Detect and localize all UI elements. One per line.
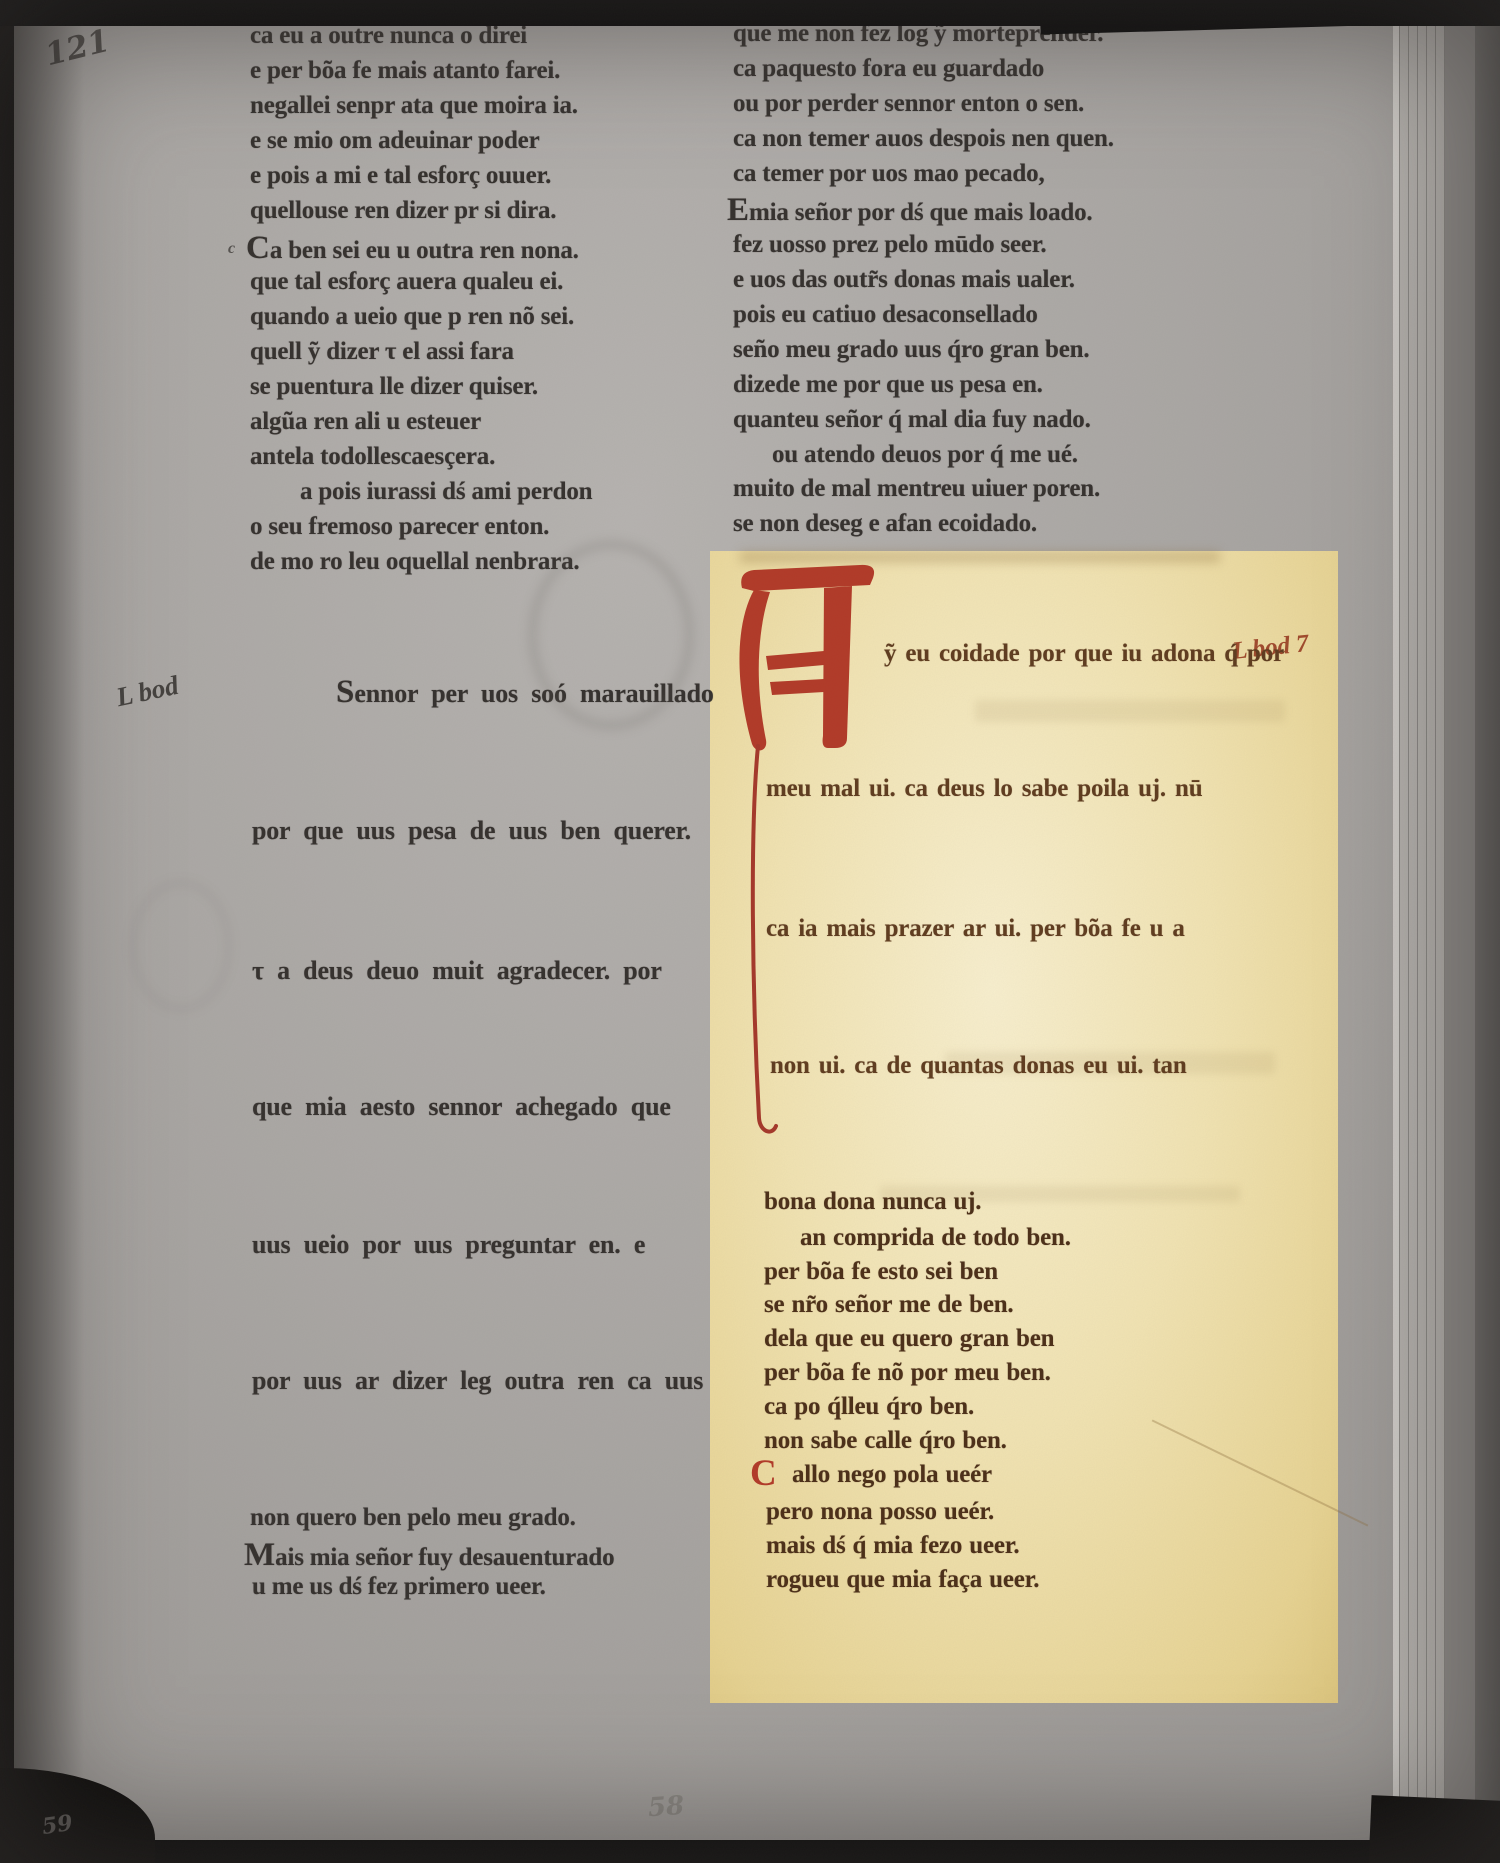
left-column-line: quando a ueio que p ren nõ sei. — [250, 303, 574, 331]
manuscript-folio: 121 o ca eu a outre nunca o direi e per … — [0, 0, 1500, 1863]
overlay-stanza-line: bona dona nunca uj. — [764, 1188, 981, 1216]
right-column-line: ca paquesto fora eu guardado — [733, 55, 1044, 83]
left-column-line: a pois iurassi dś ami perdon — [300, 478, 592, 506]
rubric-initial-a-icon — [728, 558, 898, 1178]
left-column-spaced-line: por uus ar dizer leg outra ren ca uus — [252, 1366, 703, 1396]
right-column-line: muito de mal mentreu uiuer poren. — [733, 475, 1100, 503]
right-column-line: pois eu catiuo desaconsellado — [733, 301, 1038, 329]
ring-stain — [130, 880, 232, 1012]
right-column-line: Emia señor por dś que mais loado. — [727, 192, 1092, 229]
overlay-music-line: meu mal ui. ca deus lo sabe poila uj. nū — [766, 775, 1202, 803]
left-column-line: antela todollescaesçera. — [250, 443, 495, 471]
overlay-stanza-line: per bõa fe esto sei ben — [764, 1258, 998, 1286]
overlay-refrain-line: mais dś q́ mia fezo ueer. — [766, 1532, 1019, 1560]
ring-stain — [528, 540, 694, 730]
overlay-music-line: ỹ eu coidade por que iu adona q́ por — [884, 640, 1284, 668]
bottom-left-mark: 59 — [40, 1810, 74, 1840]
left-column-line: se puentura lle dizer quiser. — [250, 373, 538, 401]
rubric-initial-c: C — [750, 1452, 777, 1495]
right-column-line: se non deseg e afan ecoidado. — [733, 510, 1037, 538]
right-column-line: e uos das outr̃s donas mais ualer. — [733, 266, 1075, 294]
left-column-line: quellouse ren dizer pr si dira. — [250, 197, 556, 225]
right-column-line: ou atendo deuos por q́ me ué. — [772, 441, 1078, 469]
left-column-line: de mo ro leu oquellal nenbrara. — [250, 548, 579, 576]
right-column-line: seño meu grado uus q́ro gran ben. — [733, 336, 1089, 364]
right-column-line: ca temer por uos mao pecado, — [733, 160, 1045, 188]
left-column-line: quell ỹ dizer τ el assi fara — [250, 338, 514, 366]
left-column-spaced-line: que mia aesto sennor achegado que — [252, 1092, 671, 1122]
overlay-music-line: non ui. ca de quantas donas eu ui. tan — [770, 1052, 1187, 1080]
overlay-refrain-line: allo nego pola ueér — [792, 1461, 992, 1489]
right-column-line: ou por perder sennor enton o sen. — [733, 90, 1084, 118]
photo-corner-bottom-left — [0, 1768, 155, 1863]
left-column-line: Ca ben sei eu u outra ren nona. — [246, 230, 579, 267]
overlay-stanza-line: ca po q́lleu q́ro ben. — [764, 1393, 974, 1421]
bottom-center-mark: 58 — [647, 1791, 685, 1823]
right-column-line: fez uosso prez pelo mūdo seer. — [733, 231, 1046, 259]
left-column-line: u me us dś fez primero ueer. — [252, 1573, 546, 1601]
gutter-shadow — [14, 0, 84, 1863]
overlay-stanza-line: se nr̃o señor me de ben. — [764, 1291, 1013, 1319]
left-column-line: e se mio om adeuinar poder — [250, 127, 539, 155]
overlay-refrain-line: rogueu que mia faça ueer. — [766, 1566, 1039, 1594]
photo-border-bottom — [0, 1840, 1500, 1863]
left-column-line: non quero ben pelo meu grado. — [250, 1504, 576, 1532]
left-column-line: que tal esforç auera qualeu ei. — [250, 268, 563, 296]
right-column-line: ca non temer auos despois nen quen. — [733, 125, 1114, 153]
left-column-line: ca eu a outre nunca o direi — [250, 22, 527, 50]
photo-border-left — [0, 0, 14, 1863]
left-column-line: e pois a mi e tal esforç ouuer. — [250, 162, 551, 190]
photo-corner-bottom-right — [1369, 1795, 1500, 1863]
overlay-stanza-line: an comprida de todo ben. — [800, 1224, 1071, 1252]
showthrough-smudge — [975, 700, 1285, 722]
left-column-line: algũa ren ali u esteuer — [250, 408, 481, 436]
paragraph-mark: c — [228, 240, 235, 258]
overlay-refrain-line: pero nona posso ueér. — [766, 1498, 994, 1526]
overlay-stanza-line: per bõa fe nõ por meu ben. — [764, 1359, 1051, 1387]
page-stack-lines — [1399, 0, 1449, 1863]
left-column-line: Mais mia señor fuy desauenturado — [244, 1537, 614, 1574]
right-column-line: quanteu señor q́ mal dia fuy nado. — [733, 406, 1091, 434]
left-column-spaced-line: uus ueio por uus preguntar en. e — [252, 1230, 645, 1260]
overlay-stanza-line: non sabe calle q́ro ben. — [764, 1427, 1007, 1455]
overlay-music-line: ca ia mais prazer ar ui. per bõa fe u a — [766, 915, 1185, 943]
left-column-spaced-line: por que uus pesa de uus ben querer. — [252, 816, 691, 846]
left-column-line: o seu fremoso parecer enton. — [250, 513, 549, 541]
overlay-stanza-line: dela que eu quero gran ben — [764, 1325, 1054, 1353]
left-column-spaced-line: τ a deus deuo muit agradecer. por — [252, 956, 662, 986]
margin-note-left: L bod — [113, 670, 181, 713]
left-column-line: e per bõa fe mais atanto farei. — [250, 57, 560, 85]
right-column-line: dizede me por que us pesa en. — [733, 371, 1043, 399]
left-column-line: negallei senpr ata que moira ia. — [250, 92, 578, 120]
